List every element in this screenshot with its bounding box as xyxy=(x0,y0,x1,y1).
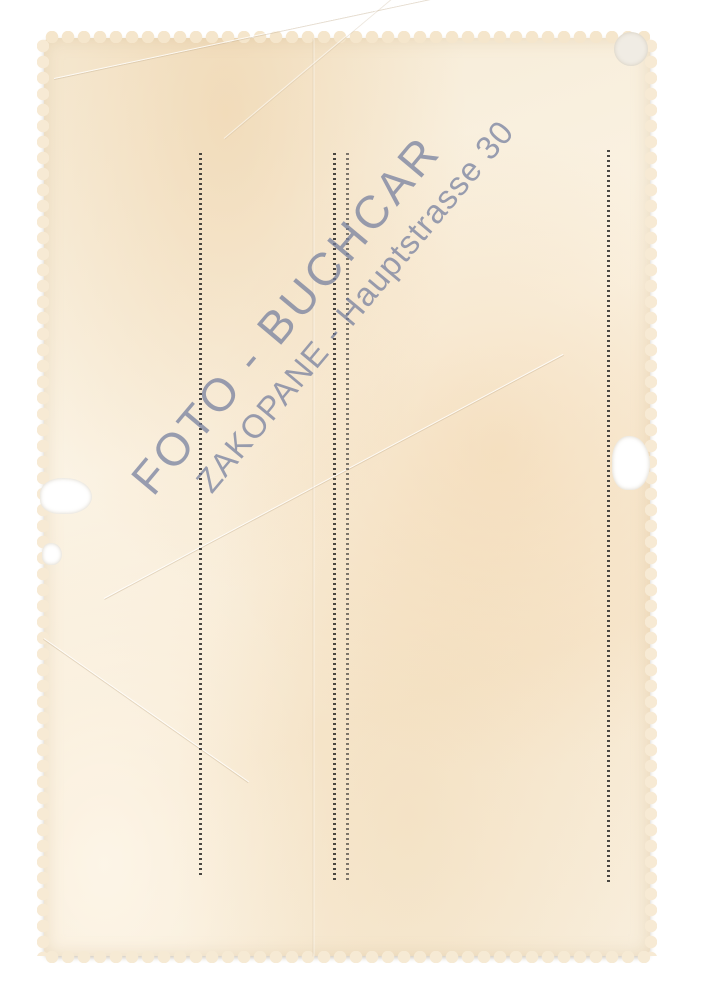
crease xyxy=(314,39,315,957)
tear-mark xyxy=(42,543,62,565)
deckled-edge-top xyxy=(44,31,650,43)
folded-corner xyxy=(614,32,648,66)
dotted-divider-line xyxy=(607,150,610,885)
tear-mark xyxy=(612,436,650,490)
postcard-back xyxy=(44,38,650,956)
crease xyxy=(44,638,249,782)
deckled-edge-bottom xyxy=(44,951,650,963)
deckled-edge-right xyxy=(645,38,657,956)
tear-mark xyxy=(40,478,92,514)
